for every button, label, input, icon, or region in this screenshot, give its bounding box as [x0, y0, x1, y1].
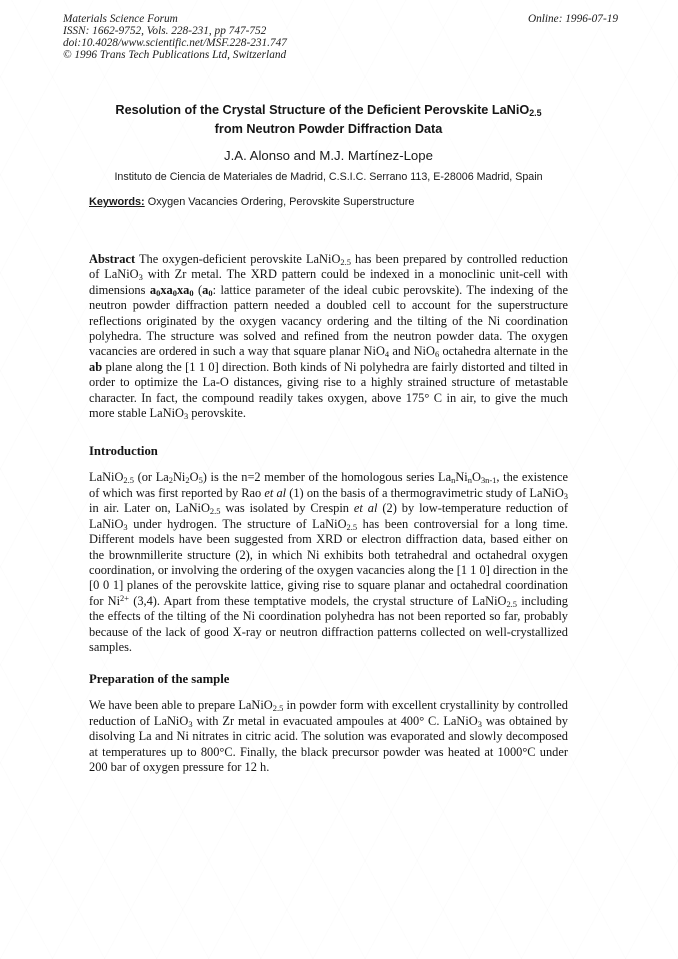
- preparation-paragraph: We have been able to prepare LaNiO2.5 in…: [89, 698, 568, 775]
- article-body: Resolution of the Crystal Structure of t…: [89, 101, 568, 775]
- introduction-paragraph: LaNiO2.5 (or La2Ni2O5) is the n=2 member…: [89, 470, 568, 655]
- journal-info-block: Materials Science Forum ISSN: 1662-9752,…: [63, 13, 287, 61]
- paper-page: Materials Science Forum ISSN: 1662-9752,…: [0, 0, 678, 959]
- article-authors: J.A. Alonso and M.J. Martínez-Lope: [89, 148, 568, 164]
- abstract-paragraph: Abstract The oxygen-deficient perovskite…: [89, 252, 568, 421]
- keywords-label: Keywords:: [89, 196, 145, 208]
- journal-name: Materials Science Forum: [63, 13, 287, 25]
- section-heading-preparation: Preparation of the sample: [89, 672, 568, 687]
- issn-volume-pages: ISSN: 1662-9752, Vols. 228-231, pp 747-7…: [63, 25, 287, 37]
- doi-line: doi:10.4028/www.scientific.net/MSF.228-2…: [63, 37, 287, 49]
- journal-masthead: Materials Science Forum ISSN: 1662-9752,…: [63, 13, 618, 61]
- section-heading-introduction: Introduction: [89, 444, 568, 459]
- keywords-line: Keywords: Oxygen Vacancies Ordering, Per…: [89, 196, 568, 209]
- article-affiliation: Instituto de Ciencia de Materiales de Ma…: [89, 171, 568, 184]
- keywords-text: Oxygen Vacancies Ordering, Perovskite Su…: [148, 196, 415, 208]
- copyright-line: © 1996 Trans Tech Publications Ltd, Swit…: [63, 49, 287, 61]
- article-title: Resolution of the Crystal Structure of t…: [89, 101, 568, 139]
- online-date: Online: 1996-07-19: [528, 13, 618, 25]
